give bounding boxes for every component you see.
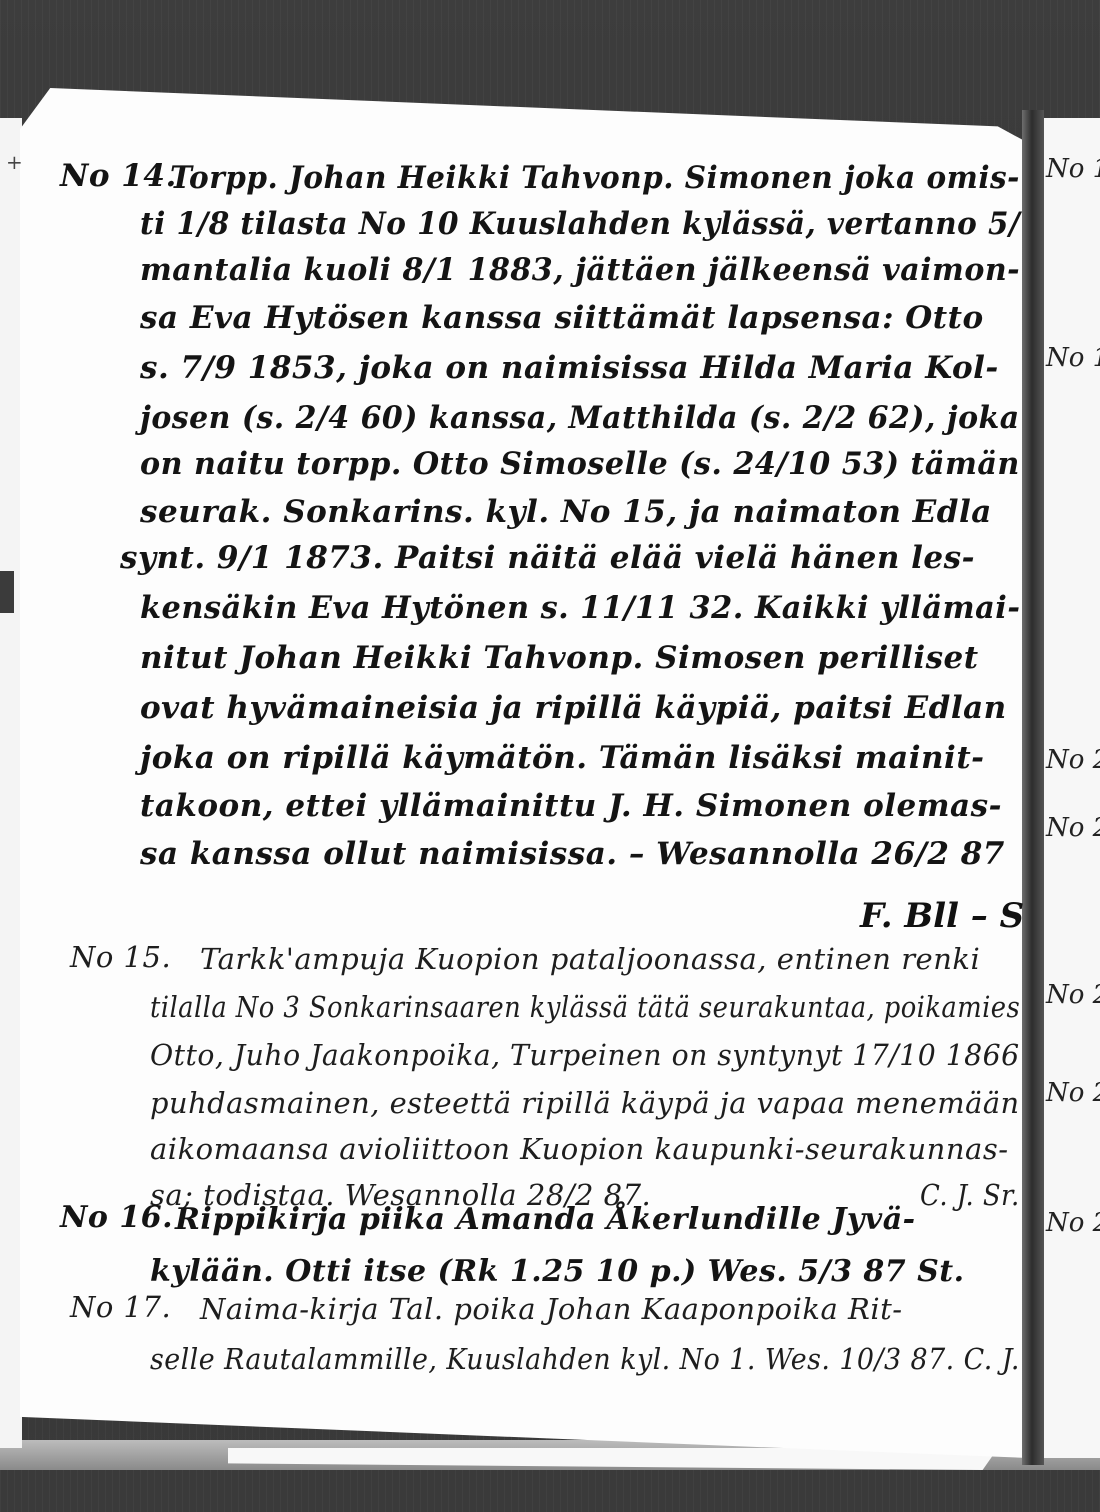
entry-line: Naima-kirja Tal. poika Johan Kaaponpoika… [200, 1292, 903, 1326]
entry-line: ti 1/8 tilasta No 10 Kuuslahden kylässä,… [140, 206, 1020, 242]
entry-line: joka on ripillä käymätön. Tämän lisäksi … [140, 740, 985, 776]
entry-number: No 16. [60, 1200, 173, 1235]
entry-line: on naitu torpp. Otto Simoselle (s. 24/10… [140, 446, 1020, 482]
entry-line: Rippikirja piika Amanda Åkerlundille Jyv… [175, 1202, 916, 1237]
facing-entry-number: No 23 [1046, 1078, 1100, 1108]
entry-number: No 14. [60, 158, 177, 194]
book-gutter [1022, 110, 1044, 1465]
entry-line: Otto, Juho Jaakonpoika, Turpeinen on syn… [150, 1038, 1020, 1072]
entry-line: sa Eva Hytösen kanssa siittämät lapsensa… [140, 300, 984, 336]
entry-line: kylään. Otti itse (Rk 1.25 10 p.) Wes. 5… [150, 1254, 965, 1289]
entry-line: kensäkin Eva Hytönen s. 11/11 32. Kaikki… [140, 590, 1020, 626]
entry-line: josen (s. 2/4 60) kanssa, Matthilda (s. … [140, 400, 1020, 436]
facing-entry-number: No 18 [1046, 154, 1100, 184]
entry-line: seurak. Sonkarins. kyl. No 15, ja naimat… [140, 494, 992, 530]
entry-line: Tarkk'ampuja Kuopion pataljoonassa, enti… [200, 942, 980, 976]
signature: C. J. Sr. [920, 1178, 1020, 1212]
entry-line: takoon, ettei yllämainittu J. H. Simonen… [140, 788, 1002, 824]
entry-line: ovat hyvämaineisia ja ripillä käypiä, pa… [140, 690, 1007, 726]
facing-entry-number: No 22 [1046, 980, 1100, 1010]
entry-number: No 15. [70, 940, 171, 974]
entry-line: mantalia kuoli 8/1 1883, jättäen jälkeen… [140, 252, 1020, 288]
entry-line: tilalla No 3 Sonkarinsaaren kylässä tätä… [150, 990, 1020, 1024]
page-tab-marker [0, 571, 14, 613]
facing-page-edge: No 18 No 19 No 20. No 21 No 22 No 23 No … [1044, 118, 1100, 1458]
entry-line: selle Rautalammille, Kuuslahden kyl. No … [150, 1342, 1020, 1376]
facing-entry-number: No 20. [1046, 745, 1100, 775]
entry-line: nitut Johan Heikki Tahvonp. Simosen peri… [140, 640, 979, 676]
signature: F. Bll – S [860, 896, 1024, 936]
facing-entry-number: No 24 [1046, 1208, 1100, 1238]
entry-line: synt. 9/1 1873. Paitsi näitä elää vielä … [120, 540, 975, 576]
entry-line: puhdasmainen, esteettä ripillä käypä ja … [150, 1086, 1020, 1120]
facing-entry-number: No 19 [1046, 343, 1100, 373]
left-page-edge [0, 118, 22, 1448]
entry-number: No 17. [70, 1290, 171, 1324]
entry-line: aikomaansa avioliittoon Kuopion kaupunki… [150, 1132, 1009, 1166]
margin-mark: + [6, 150, 23, 174]
entry-line: sa kanssa ollut naimisissa. – Wesannolla… [140, 836, 1005, 872]
entry-line: Torpp. Johan Heikki Tahvonp. Simonen jok… [170, 160, 1020, 196]
facing-entry-number: No 21 [1046, 813, 1100, 843]
entry-line: s. 7/9 1853, joka on naimisissa Hilda Ma… [140, 350, 999, 386]
